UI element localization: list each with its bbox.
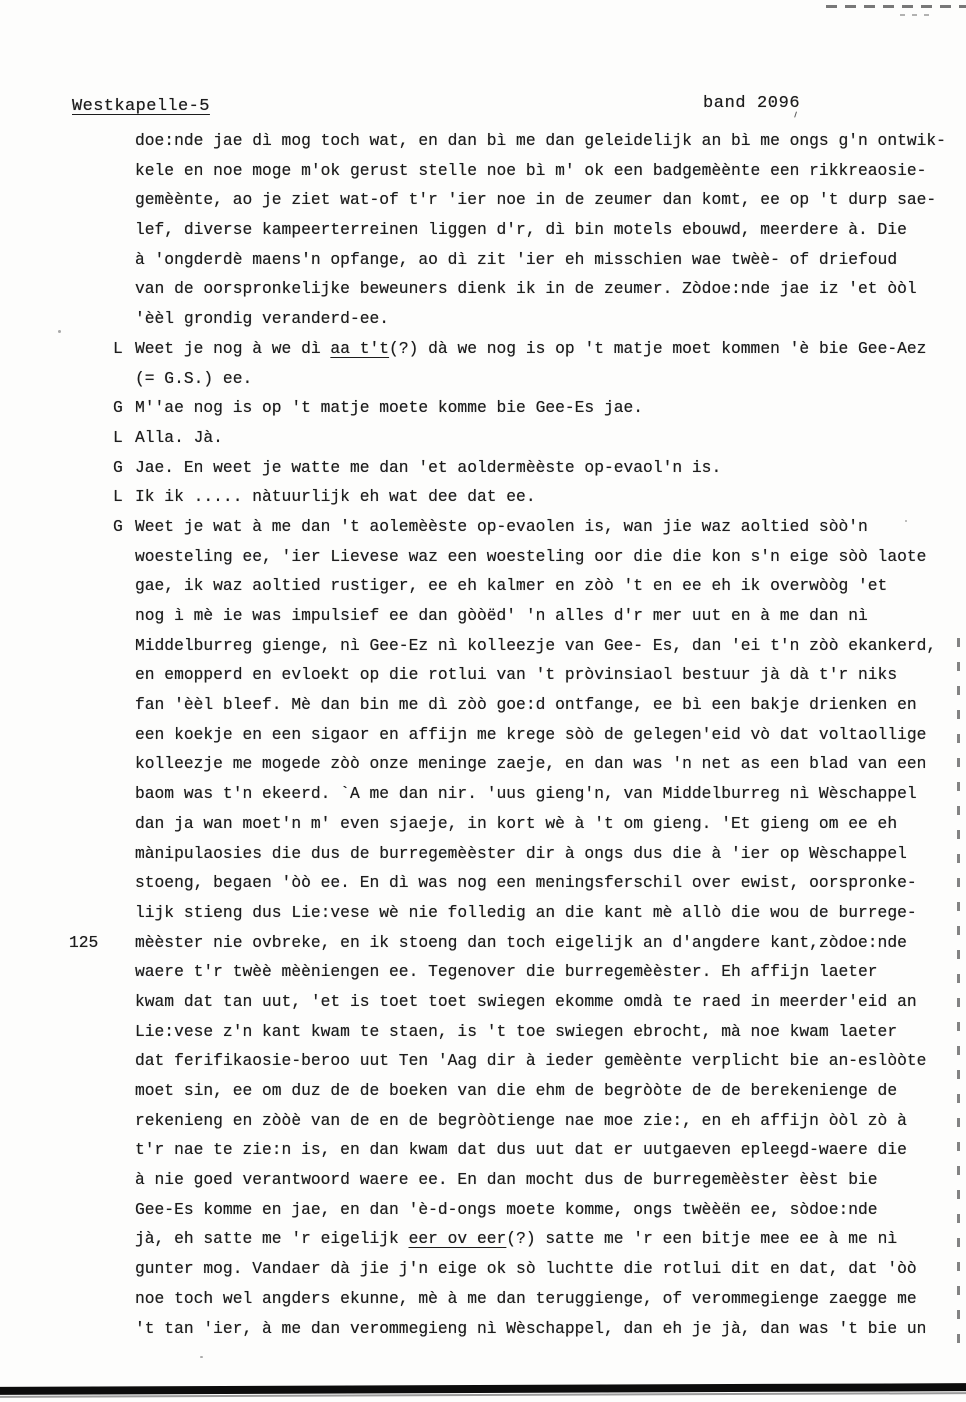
text-segment: kele en noe moge m'ok gerust stelle noe … — [135, 161, 926, 180]
text-line: van de oorspronkelijke beweuners dienk i… — [0, 274, 966, 304]
text-segment: kolleezje me mogede zòò onze meninge zae… — [135, 754, 926, 773]
text-line: GM''ae nog is op 't matje moete komme bi… — [0, 393, 966, 423]
text-line: gemèènte, ao je ziet wat-of t'r 'ier noe… — [0, 185, 966, 215]
text-line: gae, ik waz aoltied rustiger, ee eh kalm… — [0, 571, 966, 601]
text-line: nog ì mè ie was impulsief ee dan gòòëd' … — [0, 601, 966, 631]
text-line: lijk stieng dus Lie:vese wè nie folledig… — [0, 898, 966, 928]
text-line: en emopperd en evloekt op die rotlui van… — [0, 660, 966, 690]
band-label: band 2096 — [703, 94, 800, 113]
text-line: dat ferifikaosie-beroo uut Ten 'Aag dir … — [0, 1046, 966, 1076]
text-segment: dan ja wan moet'n m' even sjaeje, in kor… — [135, 814, 897, 833]
text-segment: lef, diverse kampeerterreinen liggen d'r… — [135, 220, 907, 239]
text-line: gunter mog. Vandaer dà jie j'n eige ok s… — [0, 1254, 966, 1284]
underlined-text: eer ov eer — [409, 1229, 507, 1248]
text-segment: rekenieng en zòòè van de en de begròòtie… — [135, 1111, 907, 1130]
margin-line-number: 125 — [69, 928, 98, 958]
page-title: Westkapelle-5 — [72, 97, 210, 116]
text-line: doe:nde jae dì mog toch wat, en dan bì m… — [0, 126, 966, 156]
text-segment: nog ì mè ie was impulsief ee dan gòòëd' … — [135, 606, 868, 625]
text-line: Gee-Es komme en jae, en dan 'è-d-ongs mo… — [0, 1195, 966, 1225]
text-segment: 'èèl grondig veranderd-ee. — [135, 309, 389, 328]
text-line: moet sin, ee om duz de de boeken van die… — [0, 1076, 966, 1106]
text-segment: gemèènte, ao je ziet wat-of t'r 'ier noe… — [135, 190, 936, 209]
document-page: Westkapelle-5 band 2096 doe:nde jae dì m… — [0, 0, 966, 1402]
text-segment: t'r nae te zie:n is, en dan kwam dat dus… — [135, 1140, 907, 1159]
text-line: 'èèl grondig veranderd-ee. — [0, 304, 966, 334]
text-segment: mèèster nie ovbreke, en ik stoeng dan to… — [135, 933, 907, 952]
text-segment: M''ae nog is op 't matje moete komme bie… — [135, 398, 643, 417]
text-line: lef, diverse kampeerterreinen liggen d'r… — [0, 215, 966, 245]
text-segment: Lie:vese z'n kant kwam te staen, is 't t… — [135, 1022, 897, 1041]
scan-artifact-top-dashes-2 — [900, 14, 930, 16]
text-line: LAlla. Jà. — [0, 423, 966, 453]
text-segment: à 'ongderdè maens'n opfange, ao dì zit '… — [135, 250, 897, 269]
text-segment: Alla. Jà. — [135, 428, 223, 447]
text-line: fan 'èèl bleef. Mè dan bin me dì zòò goe… — [0, 690, 966, 720]
text-segment: (= G.S.) ee. — [135, 369, 252, 388]
text-line: Middelburreg gienge, nì Gee-Ez nì kollee… — [0, 631, 966, 661]
text-segment: doe:nde jae dì mog toch wat, en dan bì m… — [135, 131, 946, 150]
text-line: mànipulaosies die dus de burregemèèster … — [0, 839, 966, 869]
speaker-label: L — [113, 482, 135, 512]
text-line: noe toch wel angders ekunne, mè à me dan… — [0, 1284, 966, 1314]
text-line: LIk ik ..... nàtuurlijk eh wat dee dat e… — [0, 482, 966, 512]
text-segment: 't tan 'ier, à me dan verommegieng nì Wè… — [135, 1319, 926, 1338]
text-segment: Jae. En weet je watte me dan 'et aolderm… — [135, 458, 721, 477]
text-segment: dat ferifikaosie-beroo uut Ten 'Aag dir … — [135, 1051, 926, 1070]
text-segment: lijk stieng dus Lie:vese wè nie folledig… — [135, 903, 917, 922]
band-stray-mark — [794, 112, 800, 119]
text-line: kele en noe moge m'ok gerust stelle noe … — [0, 156, 966, 186]
speaker-label: G — [113, 512, 135, 542]
text-segment: woesteling ee, 'ier Lievese waz een woes… — [135, 547, 926, 566]
text-segment: fan 'èèl bleef. Mè dan bin me dì zòò goe… — [135, 695, 917, 714]
text-line: een koekje en een sigaor en affijn me kr… — [0, 720, 966, 750]
text-line: rekenieng en zòòè van de en de begròòtie… — [0, 1106, 966, 1136]
text-segment: kwam dat tan uut, 'et is toet toet swieg… — [135, 992, 917, 1011]
text-segment: Weet je nog à we dì — [135, 339, 330, 358]
text-line: GJae. En weet je watte me dan 'et aolder… — [0, 453, 966, 483]
text-segment: een koekje en een sigaor en affijn me kr… — [135, 725, 926, 744]
text-segment: Ik ik ..... nàtuurlijk eh wat dee dat ee… — [135, 487, 536, 506]
speaker-label: L — [113, 423, 135, 453]
text-segment: jà, eh satte me 'r eigelijk — [135, 1229, 409, 1248]
text-segment: (?) dà we nog is op 't matje moet kommen… — [389, 339, 926, 358]
text-line: (= G.S.) ee. — [0, 364, 966, 394]
scan-artifact-right-dashed-line — [957, 638, 960, 1350]
text-line: stoeng, begaen 'òò ee. En dì was nog een… — [0, 868, 966, 898]
text-line: GWeet je wat à me dan 't aolemèèste op-e… — [0, 512, 966, 542]
speaker-label: G — [113, 453, 135, 483]
text-segment: Weet je wat à me dan 't aolemèèste op-ev… — [135, 517, 868, 536]
text-line: kwam dat tan uut, 'et is toet toet swieg… — [0, 987, 966, 1017]
transcript-body: doe:nde jae dì mog toch wat, en dan bì m… — [0, 126, 966, 1343]
text-line: t'r nae te zie:n is, en dan kwam dat dus… — [0, 1135, 966, 1165]
text-segment: baom was t'n ekeerd. `A me dan nir. 'uus… — [135, 784, 917, 803]
text-line: dan ja wan moet'n m' even sjaeje, in kor… — [0, 809, 966, 839]
scan-speck — [200, 1356, 203, 1358]
text-segment: moet sin, ee om duz de de boeken van die… — [135, 1081, 897, 1100]
text-line: kolleezje me mogede zòò onze meninge zae… — [0, 749, 966, 779]
speaker-label: G — [113, 393, 135, 423]
scan-artifact-top-dashes — [826, 5, 966, 8]
text-segment: (?) satte me 'r een bitje mee ee à me nì — [506, 1229, 897, 1248]
text-line: LWeet je nog à we dì aa t't(?) dà we nog… — [0, 334, 966, 364]
text-line: waere t'r twèè mèèniengen ee. Tegenover … — [0, 957, 966, 987]
text-segment: Middelburreg gienge, nì Gee-Ez nì kollee… — [135, 636, 936, 655]
scan-speck — [905, 520, 907, 522]
text-line: 125mèèster nie ovbreke, en ik stoeng dan… — [0, 928, 966, 958]
text-segment: Gee-Es komme en jae, en dan 'è-d-ongs mo… — [135, 1200, 878, 1219]
text-segment: noe toch wel angders ekunne, mè à me dan… — [135, 1289, 917, 1308]
text-segment: mànipulaosies die dus de burregemèèster … — [135, 844, 907, 863]
text-line: baom was t'n ekeerd. `A me dan nir. 'uus… — [0, 779, 966, 809]
text-line: 't tan 'ier, à me dan verommegieng nì Wè… — [0, 1314, 966, 1344]
text-segment: stoeng, begaen 'òò ee. En dì was nog een… — [135, 873, 917, 892]
speaker-label: L — [113, 334, 135, 364]
text-line: à 'ongderdè maens'n opfange, ao dì zit '… — [0, 245, 966, 275]
scan-speck — [58, 330, 61, 333]
text-segment: van de oorspronkelijke beweuners dienk i… — [135, 279, 917, 298]
underlined-text: aa t't — [330, 339, 389, 358]
text-line: jà, eh satte me 'r eigelijk eer ov eer(?… — [0, 1224, 966, 1254]
text-line: woesteling ee, 'ier Lievese waz een woes… — [0, 542, 966, 572]
text-segment: gae, ik waz aoltied rustiger, ee eh kalm… — [135, 576, 887, 595]
text-line: Lie:vese z'n kant kwam te staen, is 't t… — [0, 1017, 966, 1047]
text-line: à nie goed verantwoord waere ee. En dan … — [0, 1165, 966, 1195]
text-segment: gunter mog. Vandaer dà jie j'n eige ok s… — [135, 1259, 917, 1278]
text-segment: à nie goed verantwoord waere ee. En dan … — [135, 1170, 878, 1189]
text-segment: en emopperd en evloekt op die rotlui van… — [135, 665, 897, 684]
text-segment: waere t'r twèè mèèniengen ee. Tegenover … — [135, 962, 878, 981]
